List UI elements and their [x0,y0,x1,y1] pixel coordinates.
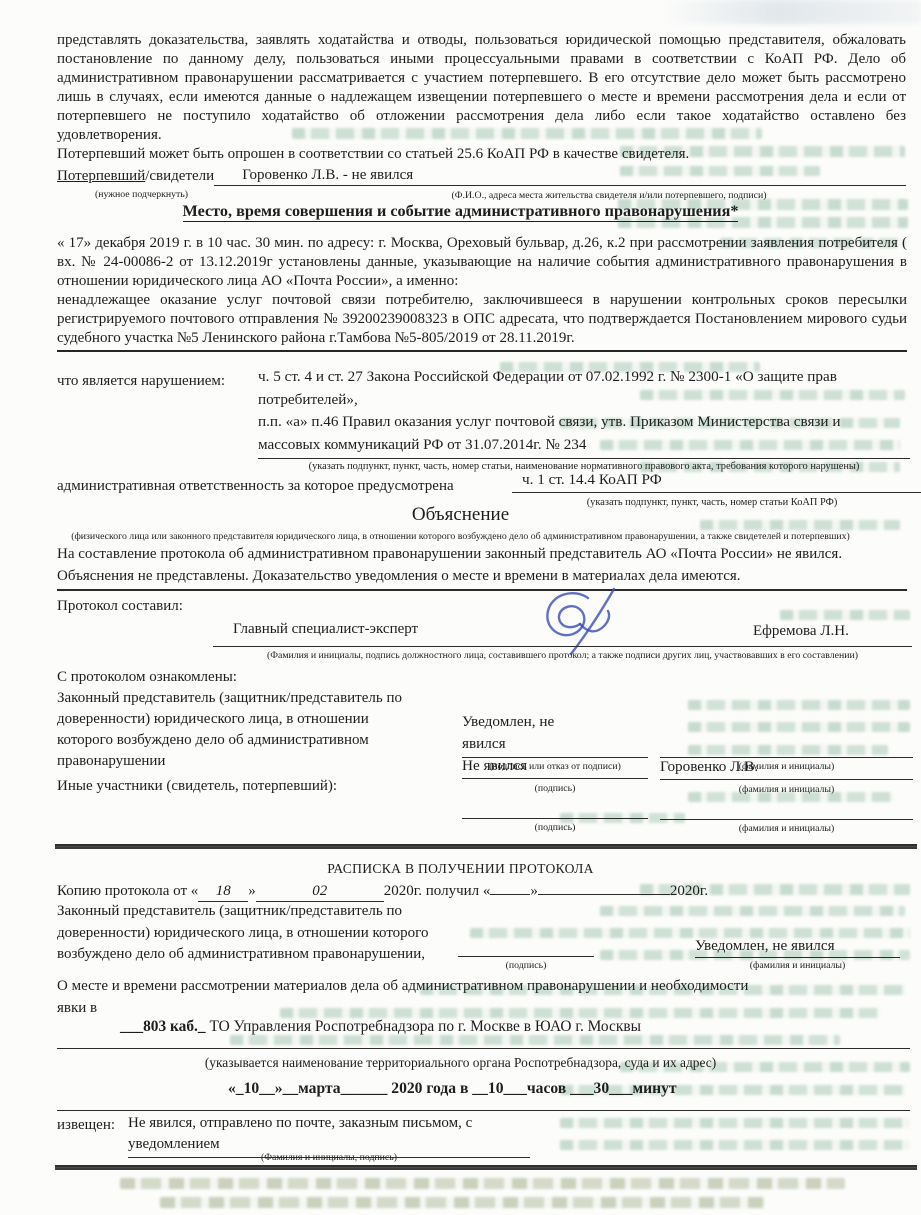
explanation-heading: Объяснение [0,504,921,526]
composer-underline [213,646,912,647]
blank-month [538,879,670,895]
handwritten-month: 02 [256,882,384,902]
receipt-status: Уведомлен, не явился [695,937,900,958]
bleed-through-artifact [780,610,910,620]
composer-caption: (Фамилия и инициалы, подпись должностног… [213,650,912,661]
scanned-protocol-document: представлять доказательства, заявлять хо… [0,0,921,1215]
others-label: Иные участники (свидетель, потерпевший): [57,777,337,796]
legal-rep-label: Законный представитель (защитник/предста… [57,688,467,772]
notice-divider [57,1110,910,1111]
victim-word: Потерпевший [57,168,145,184]
bleed-through-artifact [230,1035,840,1045]
notified-label: извещен: [57,1116,115,1135]
responsibility-label: административная ответственность за кото… [57,477,454,496]
quote-close: » [248,883,256,899]
bleed-through-artifact [600,906,905,916]
event-paragraphs: « 17» декабря 2019 г. в 10 час. 30 мин. … [57,234,907,352]
responsibility-value: ч. 1 ст. 14.4 КоАП РФ [512,471,921,493]
event-paragraph-1: « 17» декабря 2019 г. в 10 час. 30 мин. … [57,234,907,291]
receipt-sign-line [458,956,594,957]
receipt-copy-line: Копию протокола от «18»022020г. получил … [57,879,906,902]
event-heading-text: Место, время совершения и событие админи… [183,202,739,222]
composer-label: Протокол составил: [57,597,183,616]
blank-sign-line [462,818,648,819]
explanation-text: На составление протокола об администрати… [57,544,906,587]
composer-name: Ефремова Л.Н. [753,622,849,641]
others-name: Горовенко Л.В. [660,758,913,780]
bleed-through-artifact [688,722,910,732]
blank-name-line [660,819,913,820]
notified-caption: (Фамилия и инициалы, подпись) [128,1152,530,1163]
violation-value: ч. 5 ст. 4 и ст. 27 Закона Российской Фе… [258,366,910,459]
bleed-through-artifact [560,1140,910,1150]
quote-close-2: » [530,883,538,899]
bleed-through-artifact [688,700,910,710]
violation-label: что является нарушением: [57,372,225,391]
blank-name-caption: (фамилия и инициалы) [660,823,913,834]
acquainted-heading: С протоколом ознакомлены: [57,668,237,687]
explanation-caption: (физического лица или законного представ… [30,531,891,542]
notice-org-line [57,1048,910,1049]
others-sign-caption: (подпись) [462,783,648,794]
rights-paragraph: представлять доказательства, заявлять хо… [57,31,906,145]
bottom-divider-thick [55,1165,917,1170]
bleed-through-artifact [560,1118,910,1128]
copy-prefix: Копию протокола от « [57,883,198,899]
notice-room: ___803 каб._ [120,1018,206,1035]
victim-caption: (Ф.И.О., адреса места жительства свидете… [312,190,906,201]
composer-position: Главный специалист-эксперт [233,620,418,639]
others-status: Не явился [462,757,648,779]
victim-row: Потерпевший/свидетели Горовенко Л.В. - н… [57,162,906,186]
victim-value: Горовенко Л.В. - не явился [214,166,906,186]
underline-hint-caption: (нужное подчеркнуть) [95,189,188,200]
receipt-heading: РАСПИСКА В ПОЛУЧЕНИИ ПРОТОКОЛА [0,861,921,877]
receipt-sign-caption: (подпись) [458,960,594,971]
section-divider [57,589,907,591]
section-divider-thick [55,844,917,849]
copy-mid: 2020г. получил « [384,883,491,899]
bleed-through-artifact [160,1197,765,1208]
notice-line: О месте и времени рассмотрении материало… [57,976,906,1019]
blank-sign-caption: (подпись) [462,822,648,833]
bleed-through-artifact [120,1178,845,1189]
notice-datetime: «_10__»__марта______ 2020 года в __10___… [228,1080,677,1098]
blank-day [490,879,530,895]
bleed-through-artifact [688,745,888,755]
witnesses-word: /свидетели [145,168,214,184]
receipt-rep-paragraph: Законный представитель (защитник/предста… [57,901,487,966]
legal-rep-status: Уведомлен, не явился [462,711,648,758]
victim-label: Потерпевший/свидетели [57,167,214,186]
handwritten-day: 18 [198,882,248,902]
notice-place-line: ___803 каб._ ТО Управления Роспотребнадз… [120,1018,641,1036]
others-name-caption: (фамилия и инициалы) [660,784,913,795]
copy-tail: 2020г. [670,883,708,899]
event-paragraph-2: ненадлежащее оказание услуг почтовой свя… [57,291,907,348]
notice-org: ТО Управления Роспотребнадзора по г. Мос… [206,1018,641,1035]
receipt-name-caption: (фамилия и инициалы) [695,960,900,971]
scan-shading-artifact [660,0,921,24]
event-heading: Место, время совершения и событие админи… [0,202,921,221]
notice-org-caption: (указывается наименование территориально… [30,1055,891,1071]
victim-captions-row: (нужное подчеркнуть) (Ф.И.О., адреса мес… [57,189,906,202]
